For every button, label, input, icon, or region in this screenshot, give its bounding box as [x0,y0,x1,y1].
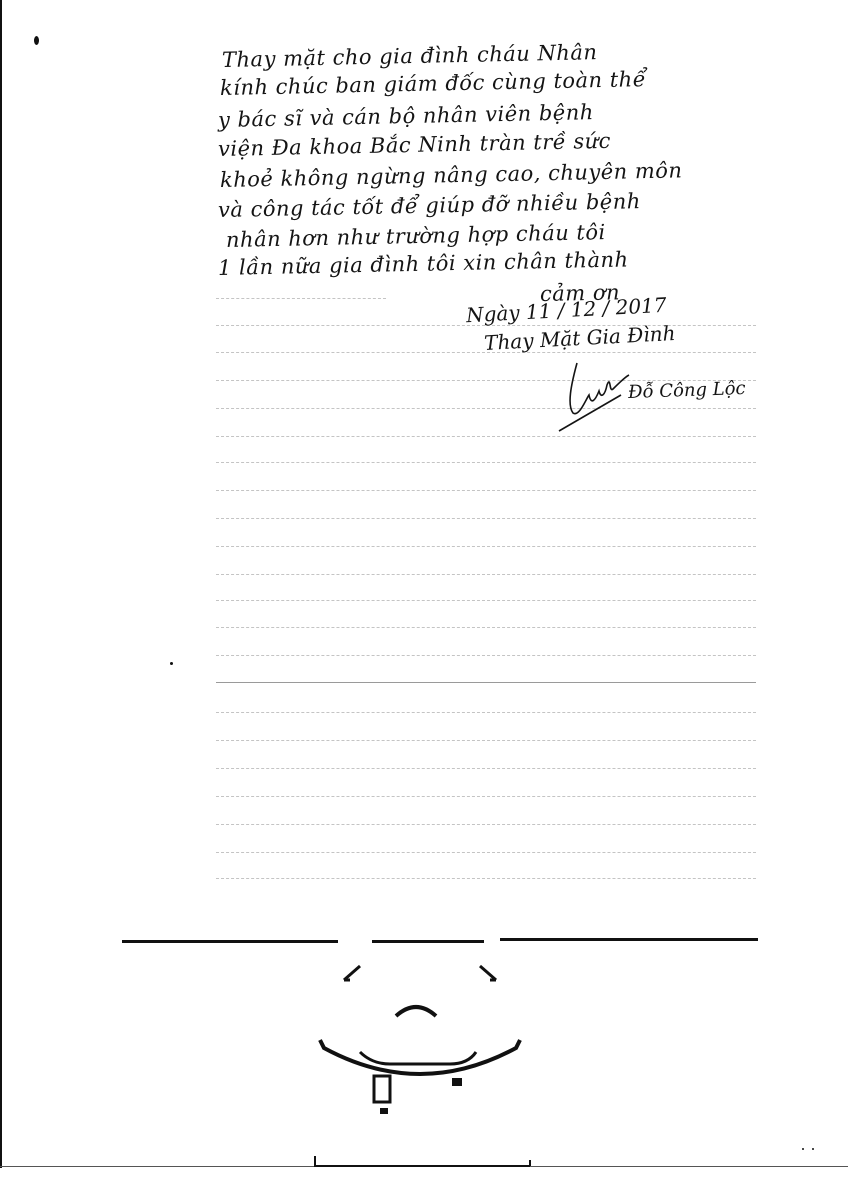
scan-speck [802,1148,804,1150]
separator-line [500,938,758,941]
letter-line: nhân hơn như trường hợp cháu tôi [226,220,606,252]
separator-line [372,940,484,943]
scanned-letter-page: Thay mặt cho gia đình cháu Nhân kính chú… [0,0,848,1200]
letter-line: khoẻ không ngừng nâng cao, chuyên môn [220,158,683,192]
representative-line: Thay Mặt Gia Đình [484,321,677,355]
letter-line: Thay mặt cho gia đình cháu Nhân [222,40,598,72]
letter-line: và công tác tốt để giúp đỡ nhiều bệnh [218,189,641,222]
scan-left-border [0,0,2,1168]
letter-line: viện Đa khoa Bắc Ninh tràn trề sức [218,129,611,161]
scan-speck [170,662,173,665]
stamp-graphic-icon [300,960,540,1120]
letter-line: kính chúc ban giám đốc cùng toàn thể [220,67,647,100]
footer-tick [314,1156,316,1166]
letter-line: 1 lần nữa gia đình tôi xin chân thành [218,247,629,280]
footer-border-segment [314,1165,530,1167]
letter-line: y bác sĩ và cán bộ nhân viên bệnh [218,100,594,132]
scan-speck [812,1148,814,1150]
footer-tick [529,1160,531,1166]
separator-line [122,940,338,943]
scan-speck [34,36,39,45]
signer-name: Đỗ Công Lộc [628,378,746,403]
